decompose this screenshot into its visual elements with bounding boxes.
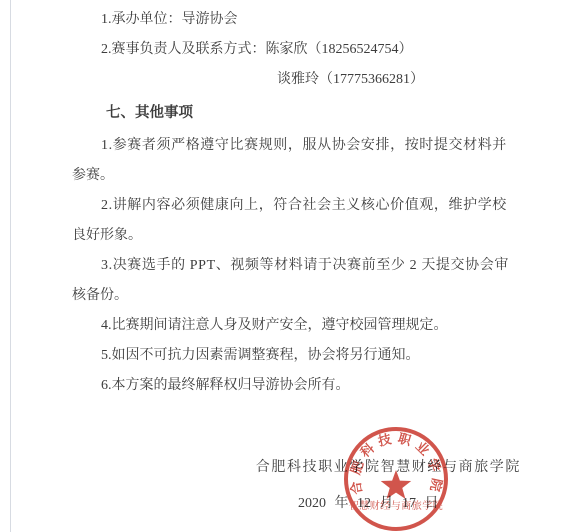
list-item: 2.讲解内容必须健康向上，符合社会主义核心价值观，维护学校良好形象。 xyxy=(72,191,522,251)
text-line: 4.比赛期间请注意人身及财产安全，遵守校园管理规定。 xyxy=(72,311,522,341)
text-line: 3.决赛选手的 PPT、视频等材料请于决赛前至少 2 天提交协会审 xyxy=(72,251,522,281)
intro-line-contact: 2.赛事负责人及联系方式：陈家欣（18256524754） xyxy=(72,35,522,65)
text-line: 良好形象。 xyxy=(72,221,522,251)
signature-line: 合肥科技职业学院智慧财经与商旅学院 xyxy=(256,458,521,478)
text-line: 核备份。 xyxy=(72,281,522,311)
intro-line-organizer: 1.承办单位：导游协会 xyxy=(72,5,522,35)
text-line: 5.如因不可抗力因素需调整赛程，协会将另行通知。 xyxy=(72,341,522,371)
list-item: 3.决赛选手的 PPT、视频等材料请于决赛前至少 2 天提交协会审核备份。 xyxy=(72,251,522,311)
list-item: 4.比赛期间请注意人身及财产安全，遵守校园管理规定。 xyxy=(72,311,522,341)
section-heading: 七、其他事项 xyxy=(106,98,522,128)
text-line: 1.参赛者须严格遵守比赛规则，服从协会安排，按时提交材料并 xyxy=(72,131,522,161)
intro-line-contact-2: 谈雅玲（17775366281） xyxy=(72,65,522,95)
list-item: 1.参赛者须严格遵守比赛规则，服从协会安排，按时提交材料并参赛。 xyxy=(72,131,522,191)
text-line: 6.本方案的最终解释权归导游协会所有。 xyxy=(72,371,522,401)
page: { "document": { "intro": [ "1.承办单位：导游协会"… xyxy=(0,0,582,532)
document-body: 1.承办单位：导游协会 2.赛事负责人及联系方式：陈家欣（18256524754… xyxy=(72,5,522,401)
date-line: 2020 年 12 月 17 日 xyxy=(298,494,439,514)
items-list: 1.参赛者须严格遵守比赛规则，服从协会安排，按时提交材料并参赛。2.讲解内容必须… xyxy=(72,131,522,401)
stamp-ring xyxy=(346,429,446,529)
list-item: 6.本方案的最终解释权归导游协会所有。 xyxy=(72,371,522,401)
scan-page-edge-line xyxy=(10,0,11,532)
text-line: 参赛。 xyxy=(72,161,522,191)
list-item: 5.如因不可抗力因素需调整赛程，协会将另行通知。 xyxy=(72,341,522,371)
text-line: 2.讲解内容必须健康向上，符合社会主义核心价值观，维护学校 xyxy=(72,191,522,221)
